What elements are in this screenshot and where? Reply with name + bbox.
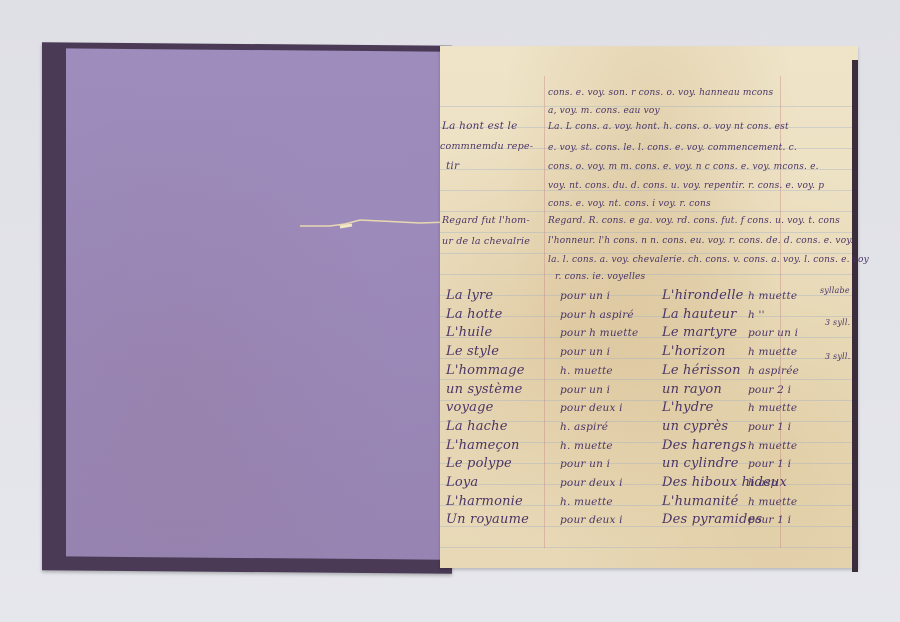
list-note: pour h aspiré [560,309,634,321]
exercise-line: cons. e. voy. son. r cons. o. voy. hanne… [548,88,773,98]
list-note: pour deux i [560,477,623,489]
page-edge [852,60,858,572]
list-note: h '' [748,309,765,321]
margin-text: La hont est le [442,120,518,132]
exercise-line: la. l. cons. a. voy. chevalerie. ch. con… [548,255,869,265]
list-note: h. muette [560,440,613,452]
list-note: h muette [748,440,797,452]
edge-note: syllabe [820,286,850,295]
list-word: Le hérisson [662,363,741,378]
edge-note: 3 syll. [825,318,850,327]
list-note: pour h muette [560,327,638,339]
list-word: voyage [446,400,493,415]
list-note: pour 1 i [748,514,791,526]
list-note: pour un i [560,384,610,396]
list-word: L'hommage [446,363,525,378]
edge-note: 3 syll. [825,352,850,361]
margin-text: ur de la chevalrie [442,236,530,247]
list-word: L'huile [446,325,492,340]
list-note: h muette [748,290,797,302]
list-note: pour 1 i [748,421,791,433]
list-word: un cylindre [662,456,739,471]
list-word: Un royaume [446,512,529,527]
cover-crack [300,214,450,234]
list-word: Des harengs [662,438,747,453]
list-note: h asp [748,477,777,489]
list-word: L'harmonie [446,494,523,509]
list-note: pour 1 i [748,458,791,470]
list-note: pour deux i [560,514,623,526]
margin-text: Regard fut l'hom- [442,215,530,226]
list-word: Le martyre [662,325,737,340]
exercise-line: a, voy. m. cons. eau voy [548,106,660,116]
notebook-cover [42,42,452,574]
ruled-lines [440,86,858,548]
list-note: pour un i [560,346,610,358]
cover-paper [66,48,446,559]
list-note: h. muette [560,365,613,377]
list-word: La hauteur [662,307,737,322]
exercise-line: cons. e. voy. nt. cons. i voy. r. cons [548,199,711,209]
list-word: Le polype [446,456,512,471]
list-note: pour 2 i [748,384,791,396]
list-note: h. muette [560,496,613,508]
list-word: La lyre [446,288,493,303]
list-note: h aspirée [748,365,799,377]
list-note: pour un i [560,458,610,470]
list-word: L'horizon [662,344,726,359]
list-note: pour un i [748,327,798,339]
list-word: L'humanité [662,494,738,509]
list-word: La hache [446,419,508,434]
list-word: un rayon [662,382,722,397]
exercise-line: cons. o. voy. m m. cons. e. voy. n c con… [548,162,819,172]
list-note: h muette [748,496,797,508]
exercise-line: e. voy. st. cons. le. l. cons. e. voy. c… [548,143,797,153]
list-word: Loya [446,475,478,490]
exercise-line: voy. nt. cons. du. d. cons. u. voy. repe… [548,181,824,191]
exercise-line: La. L cons. a. voy. hont. h. cons. o. vo… [548,122,789,132]
list-word: L'hirondelle [662,288,744,303]
list-word: Le style [446,344,499,359]
margin-text: tir [446,160,459,172]
list-note: pour deux i [560,402,623,414]
exercise-line: Regard. R. cons. e ga. voy. rd. cons. fu… [548,216,840,226]
list-note: pour un i [560,290,610,302]
list-note: h muette [748,402,797,414]
list-word: un cyprès [662,419,728,434]
list-word: un système [446,382,523,397]
list-word: La hotte [446,307,502,322]
exercise-line: r. cons. ie. voyelles [555,272,645,282]
list-word: L'hameçon [446,438,520,453]
margin-text: commnemdu repe- [440,141,533,152]
margin-line [544,76,545,548]
exercise-line: l'honneur. l'h cons. n n. cons. eu. voy.… [548,236,853,246]
list-note: h. aspiré [560,421,608,433]
list-note: h muette [748,346,797,358]
list-word: L'hydre [662,400,714,415]
